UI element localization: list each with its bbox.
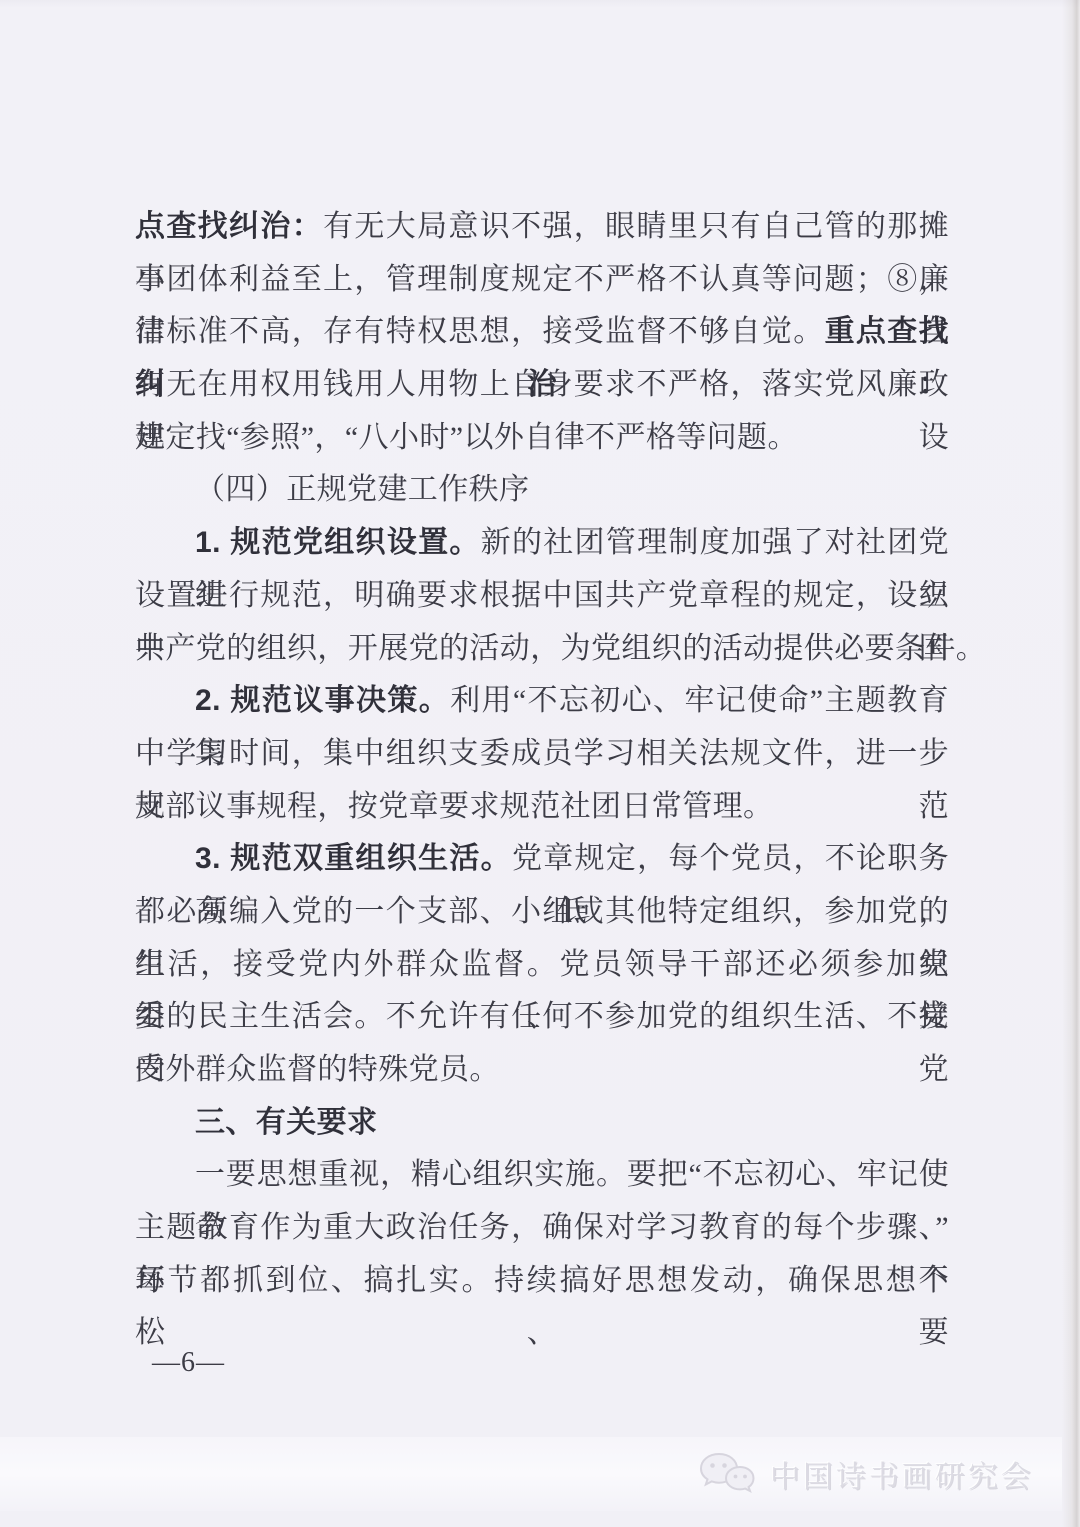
text-line: 1. 规范党组织设置。新的社团管理制度加强了对社团党组织 <box>135 517 949 570</box>
text-segment: 律标准不高，存有特权思想，接受监督不够自觉。 <box>135 315 825 348</box>
text-line: 共产党的组织，开展党的活动，为党组织的活动提供必要条件。 <box>135 623 949 676</box>
text-line: 都必须编入党的一个支部、小组或其他特定组织，参加党的组织 <box>135 886 949 939</box>
text-line: （四）正规党建工作秩序 <box>135 464 949 517</box>
text-line: 环节都抓到位、搞扎实。持续搞好思想发动，确保思想不松、要 <box>135 1255 949 1308</box>
text-segment: 内外群众监督的特殊党员。 <box>135 1053 500 1086</box>
bold-text-segment: 1. 规范党组织设置。 <box>195 526 481 559</box>
document-text-block: 点查找纠治：有无大局意识不强，眼睛里只有自己管的那摊事，小团体利益至上，管理制度… <box>135 201 949 1307</box>
text-line: 2. 规范议事决策。利用“不忘初心、牢记使命”主题教育集 <box>135 675 949 728</box>
text-line: 小团体利益至上，管理制度规定不严格不认真等问题；⑧廉洁自 <box>135 254 949 307</box>
page-right-edge-shadow <box>1062 0 1080 1527</box>
wechat-icon <box>698 1450 756 1498</box>
bold-text-segment: 点查找纠治： <box>135 210 323 243</box>
text-line: 一要思想重视，精心组织实施。要把“不忘初心、牢记使命” <box>135 1149 949 1202</box>
text-segment: （四）正规党建工作秩序 <box>195 473 529 506</box>
text-line: 3. 规范双重组织生活。党章规定，每个党员，不论职务高低， <box>135 833 949 886</box>
text-line: 生活，接受党内外群众监督。党员领导干部还必须参加党委、党 <box>135 939 949 992</box>
bold-text-segment: 三、有关要求 <box>195 1106 377 1139</box>
text-segment: 规定找“参照”，“八小时”以外自律不严格等问题。 <box>135 421 798 454</box>
text-segment: 共产党的组织，开展党的活动，为党组织的活动提供必要条件。 <box>135 632 986 665</box>
bold-text-segment: 3. 规范双重组织生活。 <box>195 842 512 875</box>
text-segment: 环节都抓到位、搞扎实。持续搞好思想发动，确保思想不松、要 <box>135 1264 949 1350</box>
text-line: 点查找纠治：有无大局意识不强，眼睛里只有自己管的那摊事， <box>135 201 949 254</box>
page-number: —6— <box>152 1347 225 1379</box>
bold-text-segment: 2. 规范议事决策。 <box>195 684 450 717</box>
text-line: 律标准不高，存有特权思想，接受监督不够自觉。重点查找纠治： <box>135 306 949 359</box>
watermark-band: 中国诗书画研究会 <box>0 1437 1062 1511</box>
scanned-document-page: 点查找纠治：有无大局意识不强，眼睛里只有自己管的那摊事，小团体利益至上，管理制度… <box>0 0 1080 1527</box>
text-line: 有无在用权用钱用人用物上自身要求不严格，落实党风廉政建设 <box>135 359 949 412</box>
text-line: 组的民主生活会。不允许有任何不参加党的组织生活、不接受党 <box>135 991 949 1044</box>
text-line: 设置进行规范，明确要求根据中国共产党章程的规定，设立中国 <box>135 570 949 623</box>
text-line: 三、有关要求 <box>135 1097 949 1150</box>
text-line: 中学习时间，集中组织支委成员学习相关法规文件，进一步规范 <box>135 728 949 781</box>
text-line: 主题教育作为重大政治任务，确保对学习教育的每个步骤、每个 <box>135 1202 949 1255</box>
text-segment: 支部议事规程，按党章要求规范社团日常管理。 <box>135 790 773 823</box>
watermark-text: 中国诗书画研究会 <box>770 1452 1034 1496</box>
